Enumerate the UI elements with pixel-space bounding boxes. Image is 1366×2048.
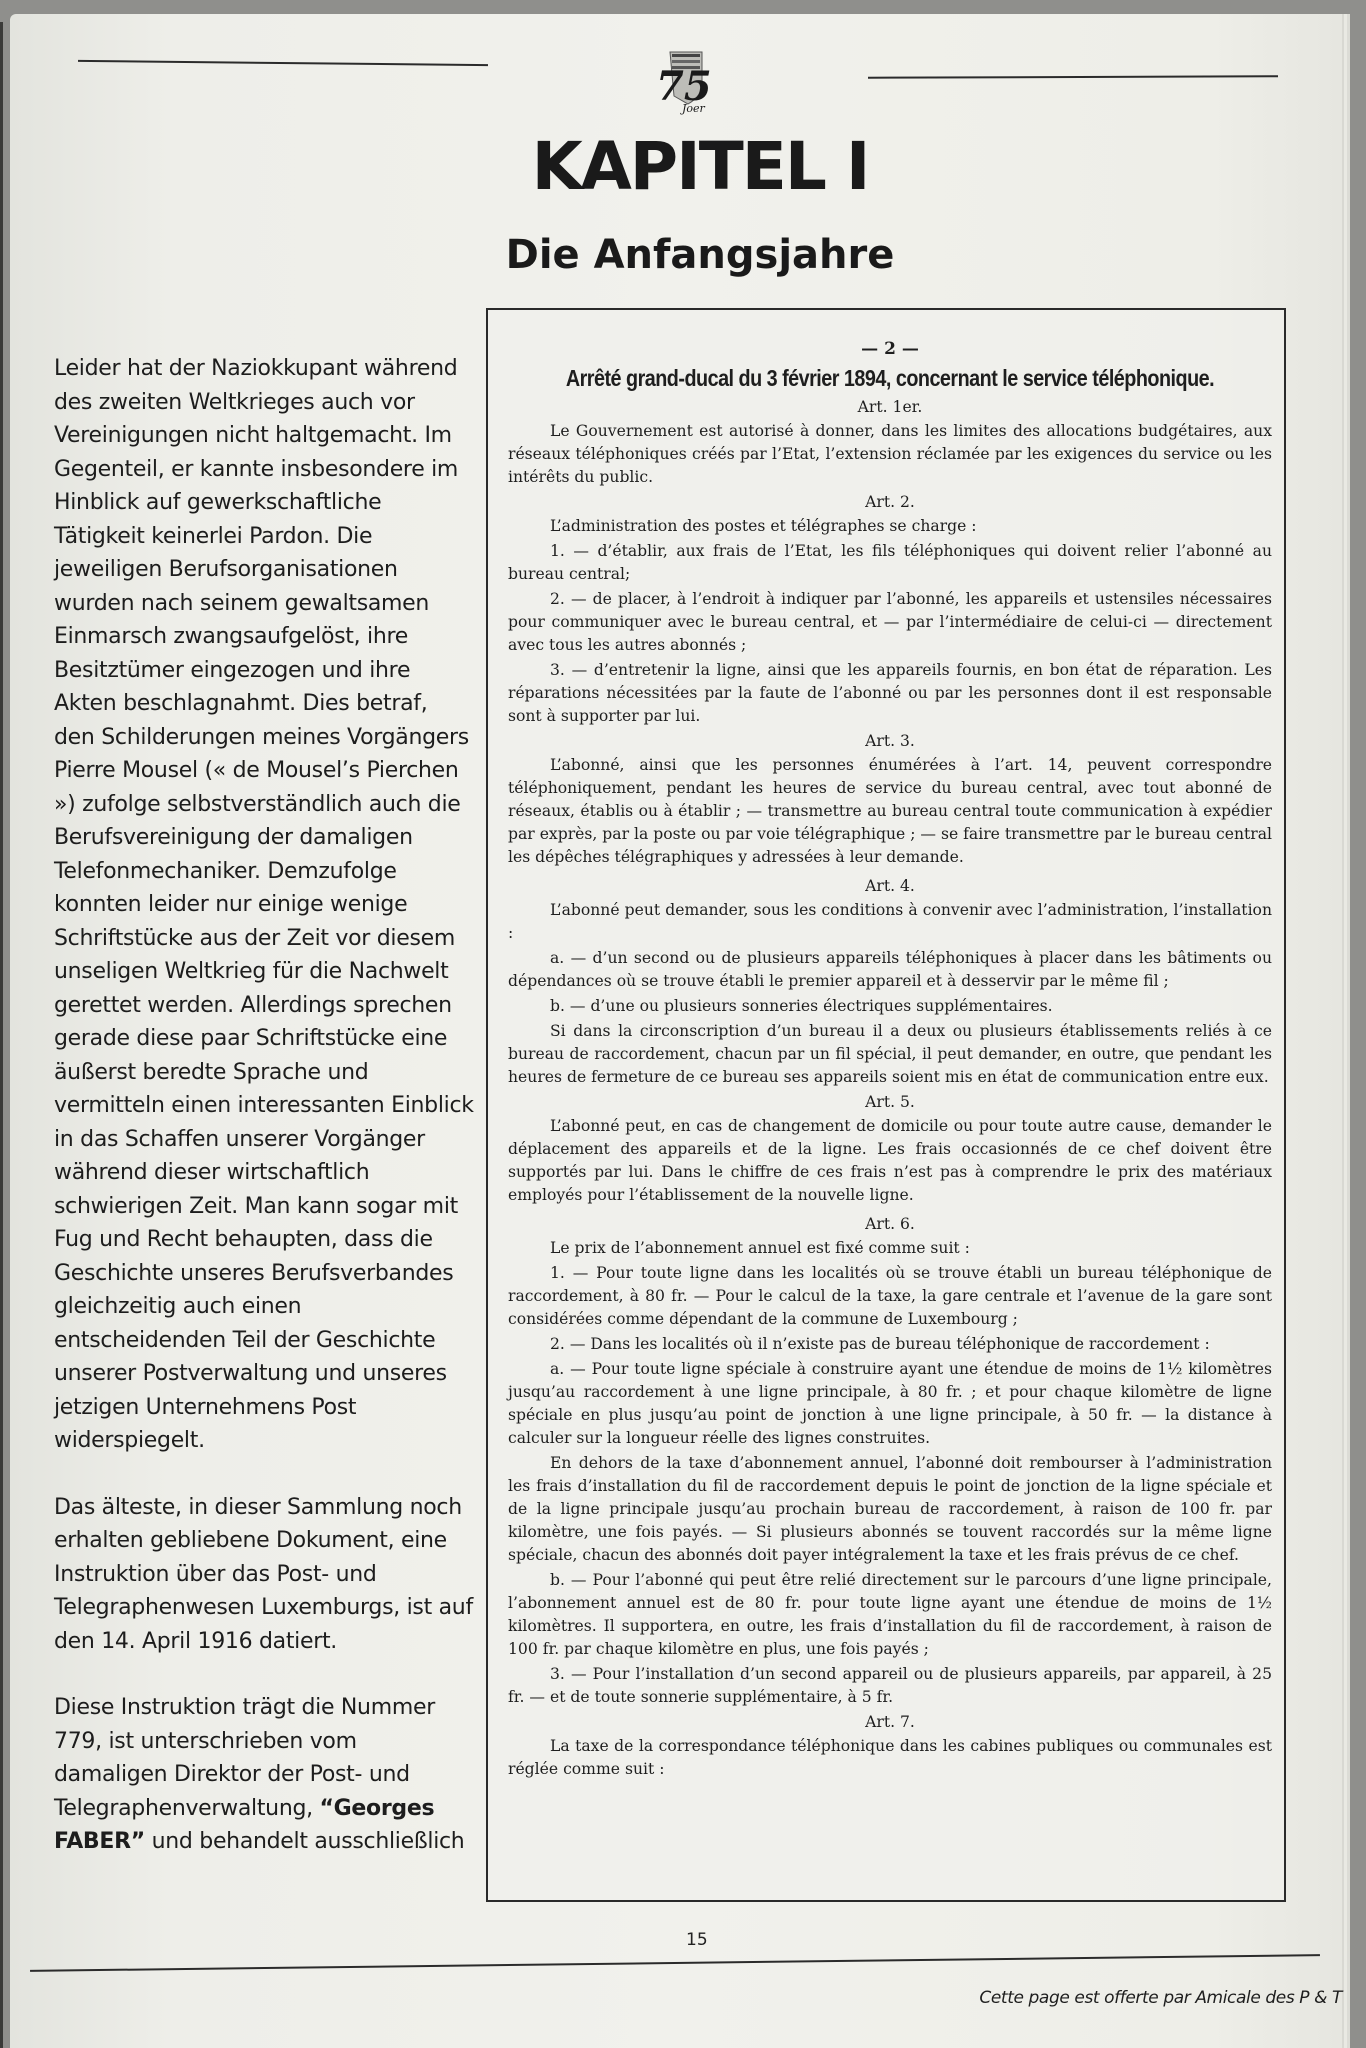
article-label: Art. 3. xyxy=(508,730,1272,753)
body-paragraph: Das älteste, in dieser Sammlung noch erh… xyxy=(54,1491,474,1659)
article-5: Art. 5. L’abonné peut, en cas de changem… xyxy=(508,1091,1272,1207)
article-4: Art. 4. L’abonné peut demander, sous les… xyxy=(508,875,1272,1089)
document-page-marker: — 2 — xyxy=(508,338,1272,361)
article-3: Art. 3. L’abonné, ainsi que les personne… xyxy=(508,730,1272,869)
article-label: Art. 6. xyxy=(508,1213,1272,1236)
article-label: Art. 4. xyxy=(508,875,1272,898)
left-text-column: Leider hat der Naziokkupant während des … xyxy=(54,352,474,1892)
book-spine xyxy=(0,22,3,2048)
sponsor-credit: Cette page est offerte par Amicale des P… xyxy=(979,1988,1342,2008)
75-joer-logo-icon: 75 Joer xyxy=(652,48,714,118)
svg-text:Joer: Joer xyxy=(680,102,706,115)
decree-heading: Arrêté grand-ducal du 3 février 1894, co… xyxy=(527,367,1253,390)
body-paragraph: Leider hat der Naziokkupant während des … xyxy=(54,352,474,1458)
article-1: Art. 1er. Le Gouvernement est autorisé à… xyxy=(508,396,1272,489)
decree-document-facsimile: — 2 — Arrêté grand-ducal du 3 février 18… xyxy=(486,308,1286,1902)
chapter-subtitle: Die Anfangsjahre xyxy=(440,232,960,278)
article-6: Art. 6. Le prix de l’abonnement annuel e… xyxy=(508,1213,1272,1709)
article-label: Art. 1er. xyxy=(508,396,1272,419)
article-label: Art. 2. xyxy=(508,491,1272,514)
article-7: Art. 7. La taxe de la correspondance tél… xyxy=(508,1711,1272,1781)
article-label: Art. 5. xyxy=(508,1091,1272,1114)
body-paragraph-last: Diese Instruktion trägt die Nummer 779, … xyxy=(54,1691,474,1859)
article-label: Art. 7. xyxy=(508,1711,1272,1734)
page-number: 15 xyxy=(686,1930,708,1950)
article-2: Art. 2. L’administration des postes et t… xyxy=(508,491,1272,728)
chapter-title: KAPITEL I xyxy=(440,128,960,205)
